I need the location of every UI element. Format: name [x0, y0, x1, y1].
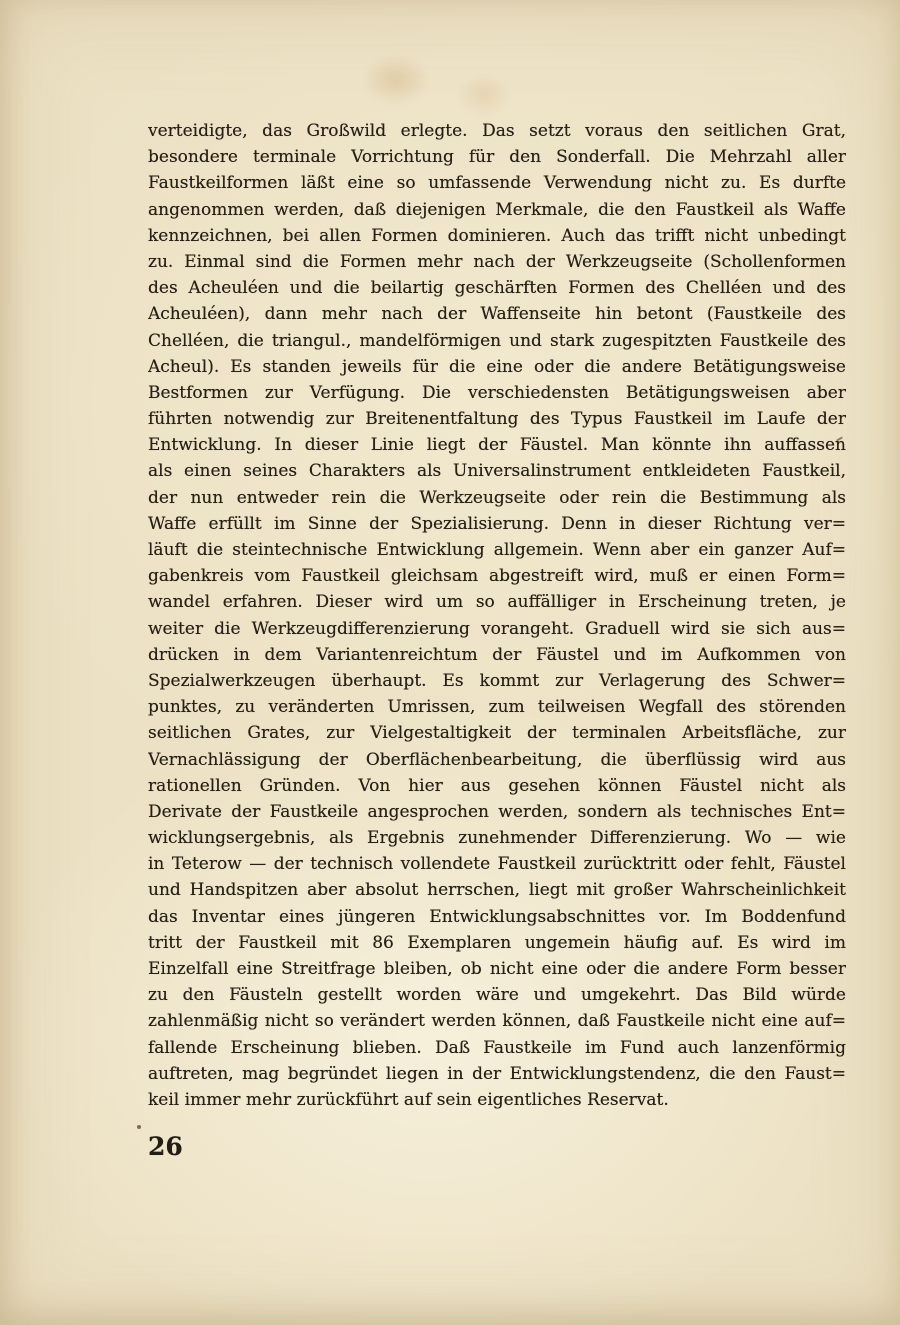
text-line: auftreten, mag begründet liegen in der E… [148, 1061, 846, 1087]
text-line: keil immer mehr zurückführt auf sein eig… [148, 1087, 846, 1113]
text-line: verteidigte, das Großwild erlegte. Das s… [148, 118, 846, 144]
text-line: fallende Erscheinung blieben. Daß Faustk… [148, 1035, 846, 1061]
paper-stain [458, 74, 510, 116]
text-line: zu. Einmal sind die Formen mehr nach der… [148, 249, 846, 275]
text-line: der nun entweder rein die Werkzeugseite … [148, 485, 846, 511]
text-line: angenommen werden, daß diejenigen Merkma… [148, 197, 846, 223]
text-line: wicklungsergebnis, als Ergebnis zunehmen… [148, 825, 846, 851]
text-line: läuft die steintechnische Entwicklung al… [148, 537, 846, 563]
text-line: Derivate der Faustkeile angesprochen wer… [148, 799, 846, 825]
text-line: seitlichen Grates, zur Vielgestaltigkeit… [148, 720, 846, 746]
text-line: gabenkreis vom Faustkeil gleichsam abges… [148, 563, 846, 589]
paper-speck [137, 1125, 141, 1129]
text-line: und Handspitzen aber absolut herrschen, … [148, 877, 846, 903]
text-line: das Inventar eines jüngeren Entwicklungs… [148, 904, 846, 930]
text-line: tritt der Faustkeil mit 86 Exemplaren un… [148, 930, 846, 956]
text-line: drücken in dem Variantenreichtum der Fäu… [148, 642, 846, 668]
text-line: besondere terminale Vorrichtung für den … [148, 144, 846, 170]
text-line: Chelléen, die triangul., mandelförmigen … [148, 328, 846, 354]
book-page: verteidigte, das Großwild erlegte. Das s… [0, 0, 900, 1325]
text-line: zu den Fäusteln gestellt worden wäre und… [148, 982, 846, 1008]
text-line: Vernachlässigung der Oberflächenbearbeit… [148, 747, 846, 773]
text-line: weiter die Werkzeugdifferenzierung voran… [148, 616, 846, 642]
text-line: Bestformen zur Verfügung. Die verschiede… [148, 380, 846, 406]
text-line: führten notwendig zur Breitenentfaltung … [148, 406, 846, 432]
text-line: Spezialwerkzeugen überhaupt. Es kommt zu… [148, 668, 846, 694]
text-line: kennzeichnen, bei allen Formen dominiere… [148, 223, 846, 249]
text-line: Entwicklung. In dieser Linie liegt der F… [148, 432, 846, 458]
text-line: Waffe erfüllt im Sinne der Spezialisieru… [148, 511, 846, 537]
text-line: in Teterow — der technisch vollendete Fa… [148, 851, 846, 877]
paper-stain [362, 55, 430, 105]
text-line: als einen seines Charakters als Universa… [148, 458, 846, 484]
text-line: Acheuléen), dann mehr nach der Waffensei… [148, 301, 846, 327]
text-line: des Acheuléen und die beilartig geschärf… [148, 275, 846, 301]
text-line: rationellen Gründen. Von hier aus gesehe… [148, 773, 846, 799]
text-line: Faustkeilformen läßt eine so umfassende … [148, 170, 846, 196]
page-text: verteidigte, das Großwild erlegte. Das s… [148, 118, 846, 1113]
text-line: Einzelfall eine Streitfrage bleiben, ob … [148, 956, 846, 982]
page-number: 26 [148, 1132, 183, 1161]
text-line: zahlenmäßig nicht so verändert werden kö… [148, 1008, 846, 1034]
text-line: wandel erfahren. Dieser wird um so auffä… [148, 589, 846, 615]
text-line: Acheul). Es standen jeweils für die eine… [148, 354, 846, 380]
text-line: punktes, zu veränderten Umrissen, zum te… [148, 694, 846, 720]
